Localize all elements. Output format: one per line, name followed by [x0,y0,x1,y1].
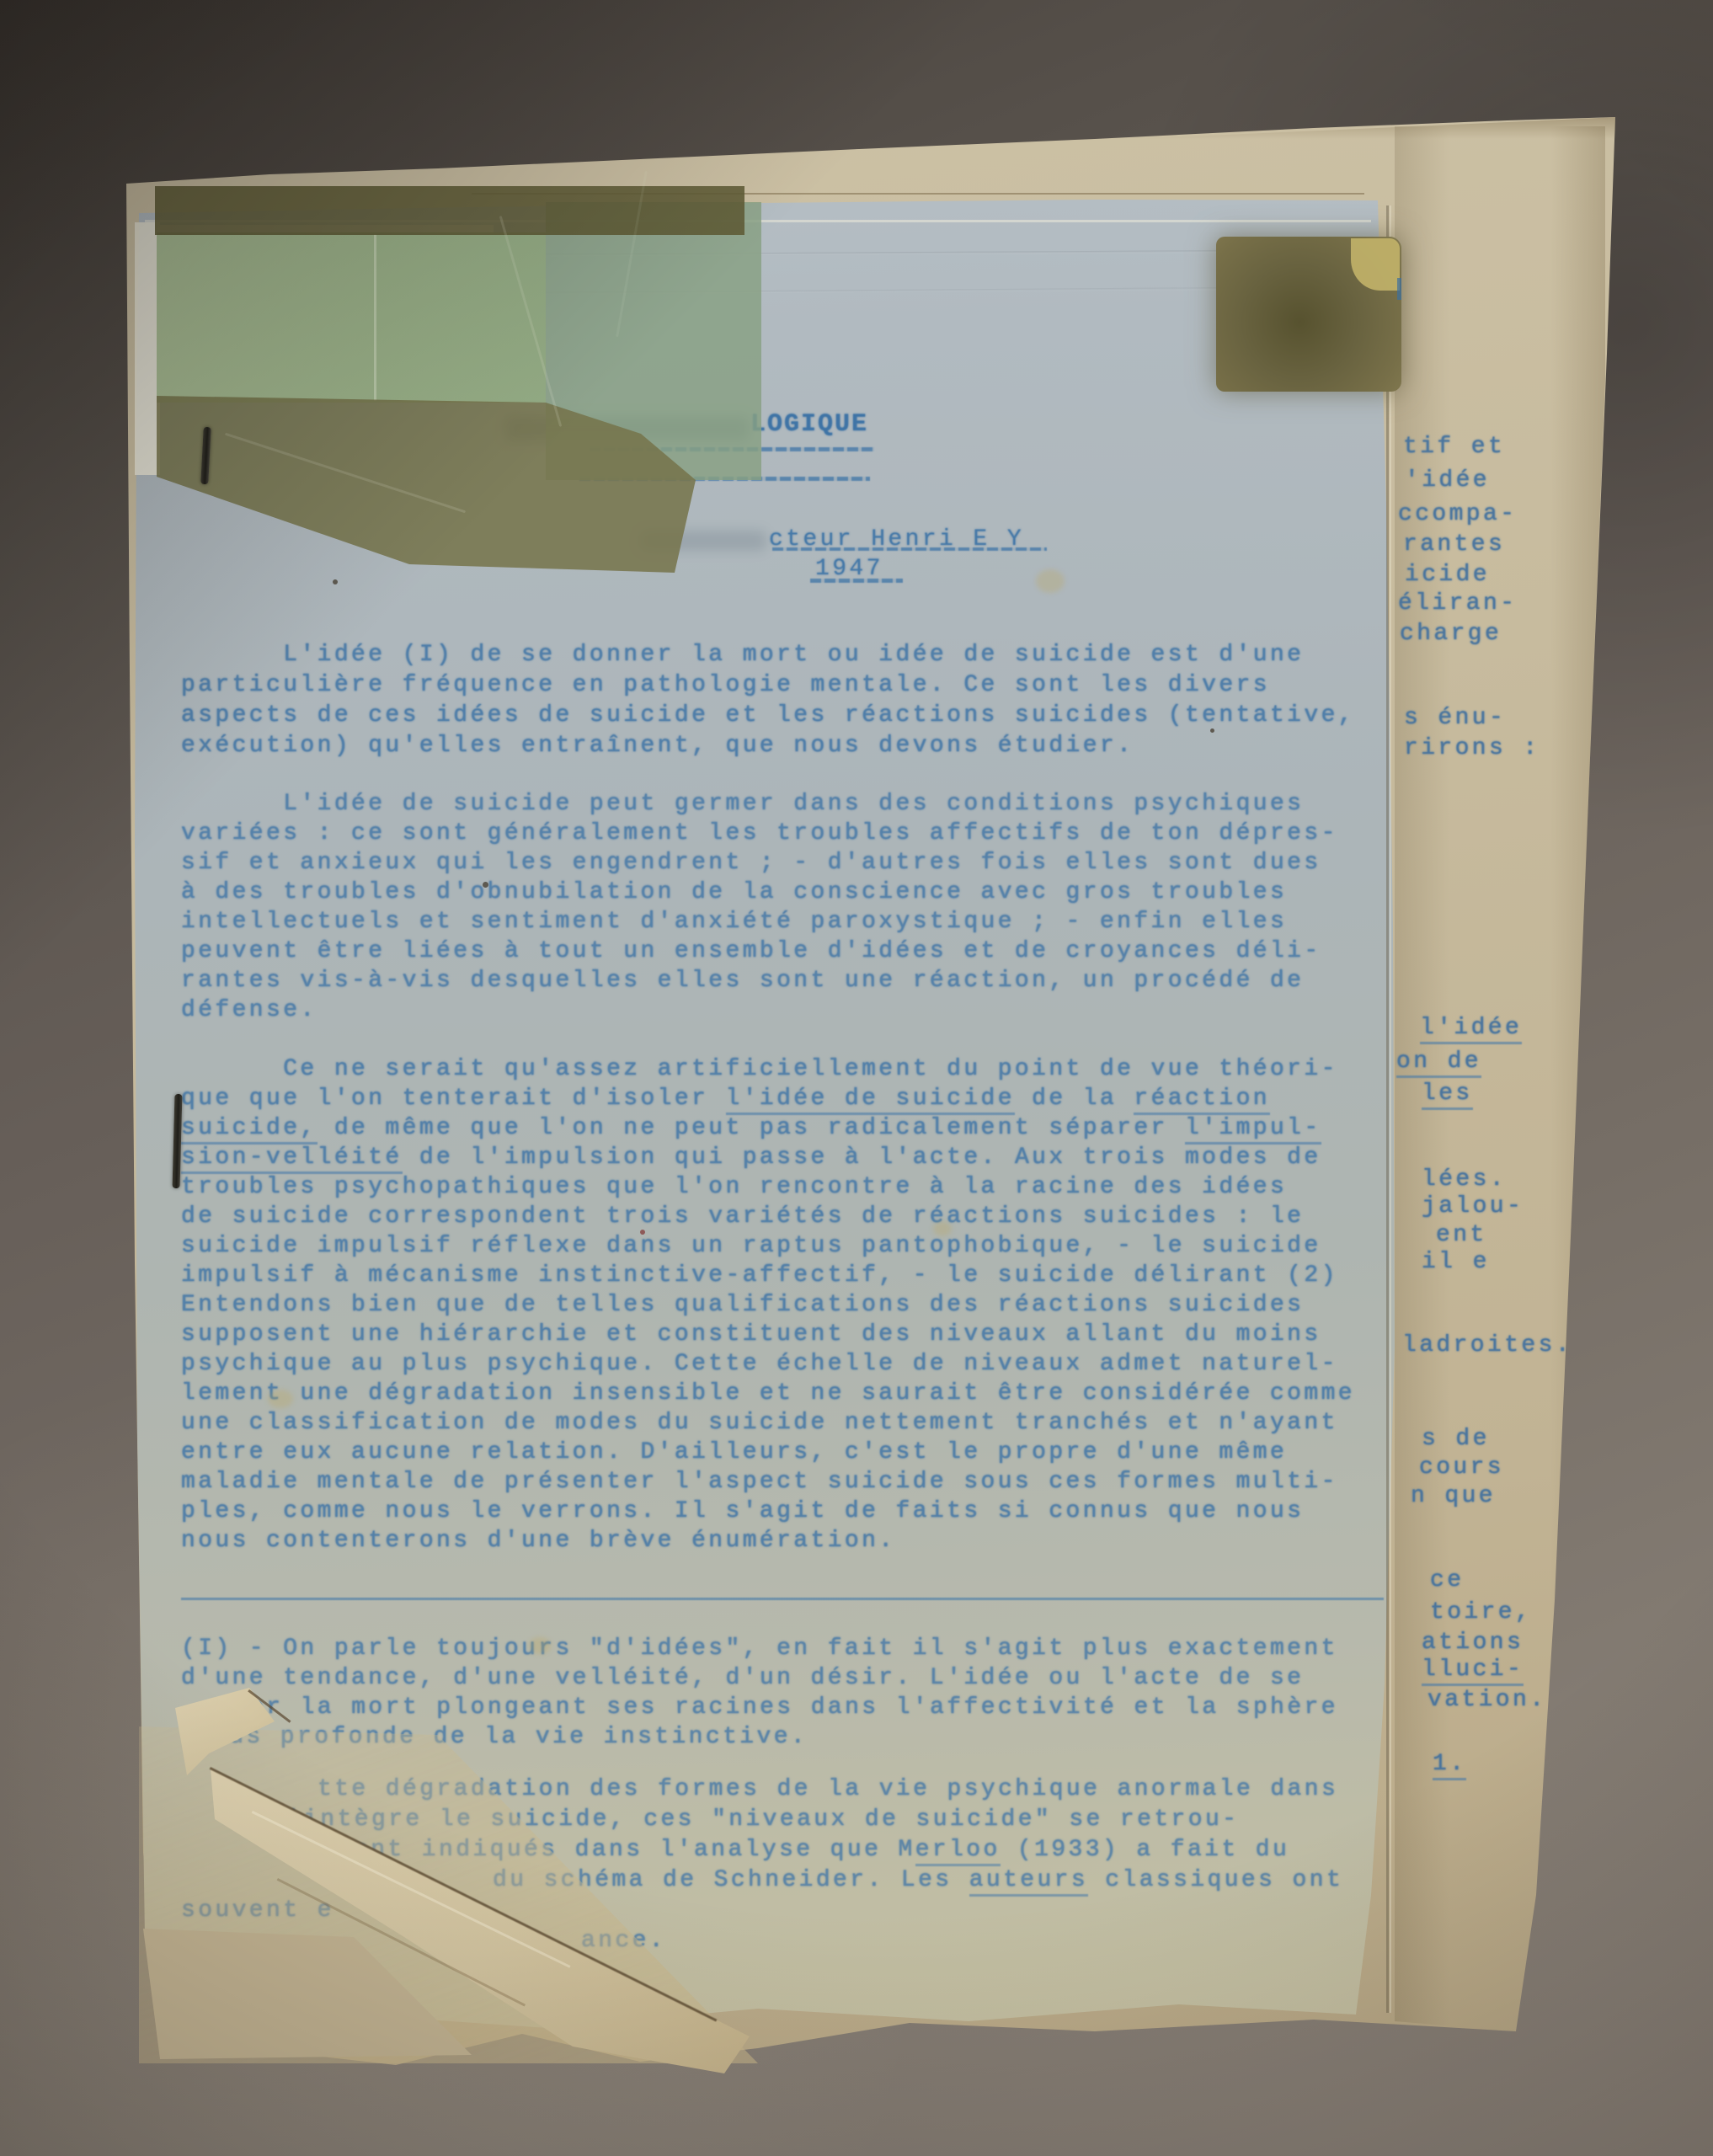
paragraph-2-line-4: à des troubles d'obnubilation de la cons… [181,880,1287,905]
edge-fragment-25: vation. [1427,1688,1546,1713]
edge-fragment-7: charge [1400,622,1502,647]
edge-fragment-1: tif et [1403,435,1505,460]
edge-fragment-17: ladroites. [1402,1333,1572,1358]
tape-patch-corner [1351,238,1400,291]
paragraph-3-line-11: psychique au plus psychique. Cette échel… [181,1352,1338,1377]
paragraph-3-line-15: maladie mentale de présenter l'aspect su… [181,1470,1338,1495]
tape-residue-patch [1216,237,1401,392]
blue-ink-tick [1397,278,1401,300]
footnote-line-1: (I) - On parle toujours "d'idées", en fa… [181,1636,1338,1662]
edge-fragment-13: lées. [1422,1167,1507,1193]
sheet-right-fold [1386,205,1389,2013]
paper-stain [1036,569,1065,593]
green-patch-crease [374,234,376,401]
paragraph-3-line-10: supposent une hiérarchie et constituent … [181,1322,1321,1347]
paragraph-3-line-8: impulsif à mécanisme instinctive-affecti… [181,1263,1338,1289]
olive-tape-band [155,186,744,235]
paragraph-3-line-6: de suicide correspondent trois variétés … [181,1204,1304,1230]
paragraph-3-line-4: sion-velléité de l'impulsion qui passe à… [181,1145,1321,1171]
paragraph-3-line-2: que que l'on tenterait d'isoler l'idée d… [181,1086,1270,1112]
edge-fragment-22: toire, [1430,1600,1532,1625]
edge-fragment-10: l'idée [1420,1016,1522,1041]
edge-fragment-8: s énu- [1404,706,1506,731]
paper-speck [1210,728,1214,733]
paper-stain [933,1221,952,1236]
byline-underline [772,547,1047,551]
paper-speck [483,882,488,888]
footnote-line-2: d'une tendance, d'une velléité, d'un dés… [181,1666,1304,1691]
sheet-right-fold-highlight [1390,205,1391,2013]
edge-fragment-26: 1. [1433,1752,1466,1777]
edge-fragment-9: rirons : [1404,736,1540,761]
paragraph-3-line-1: Ce ne serait qu'assez artificiellement d… [181,1057,1338,1082]
edge-fragment-11: on de [1396,1049,1481,1075]
paragraph-3-line-3: suicide, de même que l'on ne peut pas ra… [181,1116,1321,1141]
footnote-rule [181,1598,1384,1600]
edge-fragment-15: ent [1436,1223,1487,1248]
footnote-line-3: er la mort plongeant ses racines dans l'… [249,1695,1338,1721]
edge-fragment-23: ations [1422,1630,1524,1656]
edge-fragment-14: jalou- [1422,1194,1524,1219]
paragraph-3-line-7: suicide impulsif réflexe dans un raptus … [181,1234,1321,1259]
green-tissue-patch [157,232,546,403]
edge-fragment-6: éliran- [1398,591,1517,616]
edge-fragment-24: lluci- [1422,1657,1524,1683]
paragraph-3-line-5: troubles psychopathiques que l'on rencon… [181,1175,1287,1200]
paragraph-4-line-4: du schéma de Schneider. Les auteurs clas… [493,1868,1343,1893]
paragraph-2-line-7: rantes vis-à-vis desquelles elles sont u… [181,969,1304,994]
edge-fragment-19: cours [1419,1455,1504,1481]
paragraph-2-line-3: sif et anxieux qui les engendrent ; - d'… [181,851,1321,876]
edge-fragment-3: ccompa- [1398,502,1517,527]
paragraph-3-line-12: lement une dégradation insensible et ne … [181,1381,1355,1406]
edge-fragment-20: n que [1411,1484,1496,1509]
paper-stain [268,1390,293,1408]
year-underline [810,579,903,583]
paragraph-2-line-1: L'idée de suicide peut germer dans des c… [181,792,1304,817]
paragraph-2-line-5: intellectuels et sentiment d'anxiété par… [181,910,1287,935]
paragraph-1-line-2: particulière fréquence en pathologie men… [181,673,1270,698]
paragraph-1-line-1: L'idée (I) de se donner la mort ou idée … [181,643,1304,668]
photo-stage: LOGIQUE cteur Henri E Y 1947 L'idée (I) … [0,0,1713,2156]
paragraph-3-line-13: une classification de modes du suicide n… [181,1411,1338,1436]
paragraph-2-line-6: peuvent être liées à tout un ensemble d'… [181,939,1321,964]
edge-fragment-21: ce [1430,1568,1464,1593]
paper-stain [529,1637,551,1654]
edge-fragment-12: les [1422,1081,1473,1107]
edge-fragment-2: 'idée [1405,468,1490,494]
paragraph-3-line-16: ples, comme nous le verrons. Il s'agit d… [181,1499,1304,1524]
page-title-fragment: LOGIQUE [750,410,868,439]
edge-fragment-4: rantes [1403,532,1505,558]
paragraph-2-line-8: défense. [181,998,318,1023]
paragraph-1-line-4: exécution) qu'elles entraînent, que nous… [181,734,1134,759]
paragraph-3-line-9: Entendons bien que de telles qualificati… [181,1293,1304,1318]
paragraph-2-line-2: variées : ce sont généralement les troub… [181,821,1338,846]
paragraph-3-line-14: entre eux aucune relation. D'ailleurs, c… [181,1440,1287,1465]
edge-fragment-5: icide [1405,563,1490,588]
paragraph-3-line-17: nous contenterons d'une brève énumératio… [181,1529,896,1554]
edge-fragment-18: s de [1422,1427,1490,1452]
paper-speck [333,579,338,584]
paragraph-1-line-3: aspects de ces idées de suicide et les r… [181,703,1355,728]
paper-speck [640,1230,645,1235]
edge-fragment-16: il e [1422,1250,1490,1275]
